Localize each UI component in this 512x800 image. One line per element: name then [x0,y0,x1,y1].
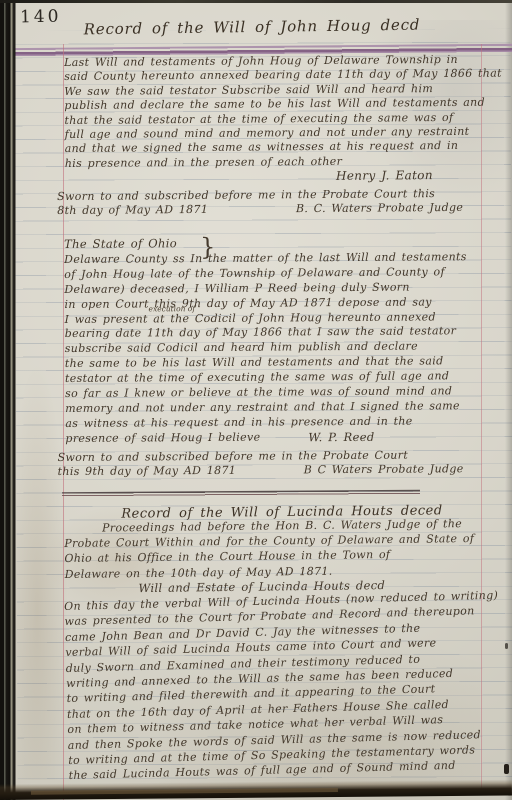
record-houts-testimony: On this day the verbal Will of Lucinda H… [64,589,463,784]
signature-wp-reed: W. P. Reed [308,430,374,445]
text-line: presence of said Houg I believe W. P. Re… [65,429,459,447]
binding-edge [0,0,16,800]
page-edge-shadow [505,0,512,800]
record-john-houg-attestation: Last Will and testaments of John Houg of… [64,53,459,218]
text-line: and that we signed the same as witnesses… [65,139,459,156]
bottom-page-edge [0,780,512,800]
paper-stain [12,360,68,780]
text-fragment: presence of said Houg I believe [65,430,260,444]
section-divider-rule [62,490,420,498]
state-of-ohio-heading: The State of Ohio } [64,234,458,253]
ink-mark [505,643,508,649]
interlineation-note: execution of [148,304,195,313]
jurat-date: this 9th day of May AD 1871 [58,464,237,478]
heading-text: The State of Ohio [64,236,177,251]
right-margin-rule [481,44,482,790]
record-title-john-houg: Record of the Will of John Houg decd [70,15,434,38]
ink-mark [504,764,509,774]
jurat-line: this 9th day of May AD 1871 B C Waters P… [58,463,460,481]
jurat-date: 8th day of May AD 1871 [57,203,208,217]
ledger-page-scan: 140 Record of the Will of John Houg decd… [0,0,512,800]
probate-judge-signature: B. C. Waters Probate Judge [296,201,463,217]
signature-henry-eaton: Henry J. Eaton [65,168,459,185]
jurat-line: 8th day of May AD 1871 B. C. Waters Prob… [57,201,459,219]
top-page-edge [0,0,512,3]
page-number: 140 [20,7,62,28]
probate-judge-signature: B C Waters Probate Judge [304,463,464,479]
record-houts-proceedings: Proceedings had before the Hon B. C. Wat… [64,516,459,597]
record-reed-deposition: The State of Ohio } Delaware County ss I… [64,234,460,480]
bracket-glyph: } [200,233,216,261]
